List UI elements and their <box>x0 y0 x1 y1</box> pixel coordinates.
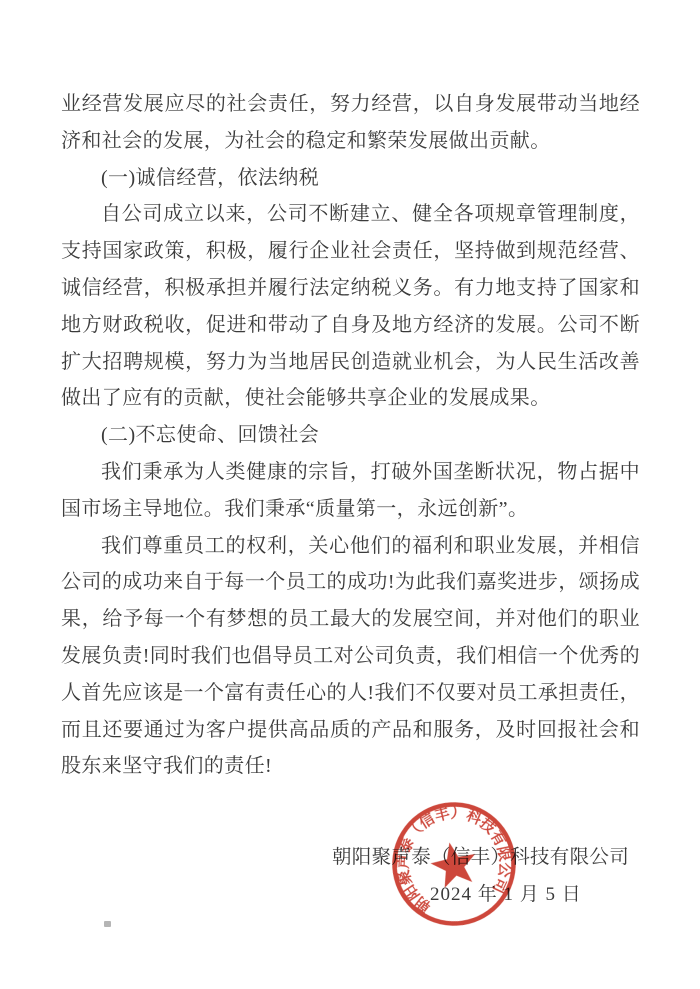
text-line: 我们尊重员工的权利，关心他们的福利和职业发展，并相信 <box>61 528 640 565</box>
text-line: 济和社会的发展，为社会的稳定和繁荣发展做出贡献。 <box>61 123 640 160</box>
text-line: 公司的成功来自于每一个员工的成功!为此我们嘉奖进步，颂扬成 <box>61 564 640 601</box>
text-line: 扩大招聘规模，努力为当地居民创造就业机会，为人民生活改善 <box>61 344 640 381</box>
document-text: 业经营发展应尽的社会责任，努力经营，以自身发展带动当地经济和社会的发展，为社会的… <box>61 86 640 785</box>
company-seal: 朝阳聚声泰（信丰）科技有限公司 <box>374 784 534 944</box>
text-line: (二)不忘使命、回馈社会 <box>61 417 640 454</box>
text-line: 自公司成立以来，公司不断建立、健全各项规章管理制度， <box>61 196 640 233</box>
text-line: 股东来坚守我们的责任! <box>61 748 640 785</box>
text-line: 发展负责!同时我们也倡导员工对公司负责，我们相信一个优秀的 <box>61 638 640 675</box>
text-line: (一)诚信经营，依法纳税 <box>61 160 640 197</box>
text-line: 我们秉承为人类健康的宗旨，打破外国垄断状况，物占据中 <box>61 454 640 491</box>
text-line: 而且还要通过为客户提供高品质的产品和服务，及时回报社会和 <box>61 712 640 749</box>
document-page: 业经营发展应尽的社会责任，努力经营，以自身发展带动当地经济和社会的发展，为社会的… <box>0 0 700 989</box>
text-line: 人首先应该是一个富有责任心的人!我们不仅要对员工承担责任， <box>61 675 640 712</box>
star-icon <box>427 838 481 890</box>
text-line: 做出了应有的贡献，使社会能够共享企业的发展成果。 <box>61 380 640 417</box>
text-line: 诚信经营，积极承担并履行法定纳税义务。有力地支持了国家和 <box>61 270 640 307</box>
text-line: 国市场主导地位。我们秉承“质量第一，永远创新”。 <box>61 491 640 528</box>
text-line: 支持国家政策，积极，履行企业社会责任，坚持做到规范经营、 <box>61 233 640 270</box>
text-line: 果，给予每一个有梦想的员工最大的发展空间，并对他们的职业 <box>61 601 640 638</box>
text-line: 地方财政税收，促进和带动了自身及地方经济的发展。公司不断 <box>61 307 640 344</box>
text-line: 业经营发展应尽的社会责任，努力经营，以自身发展带动当地经 <box>61 86 640 123</box>
smudge-mark <box>104 921 111 927</box>
